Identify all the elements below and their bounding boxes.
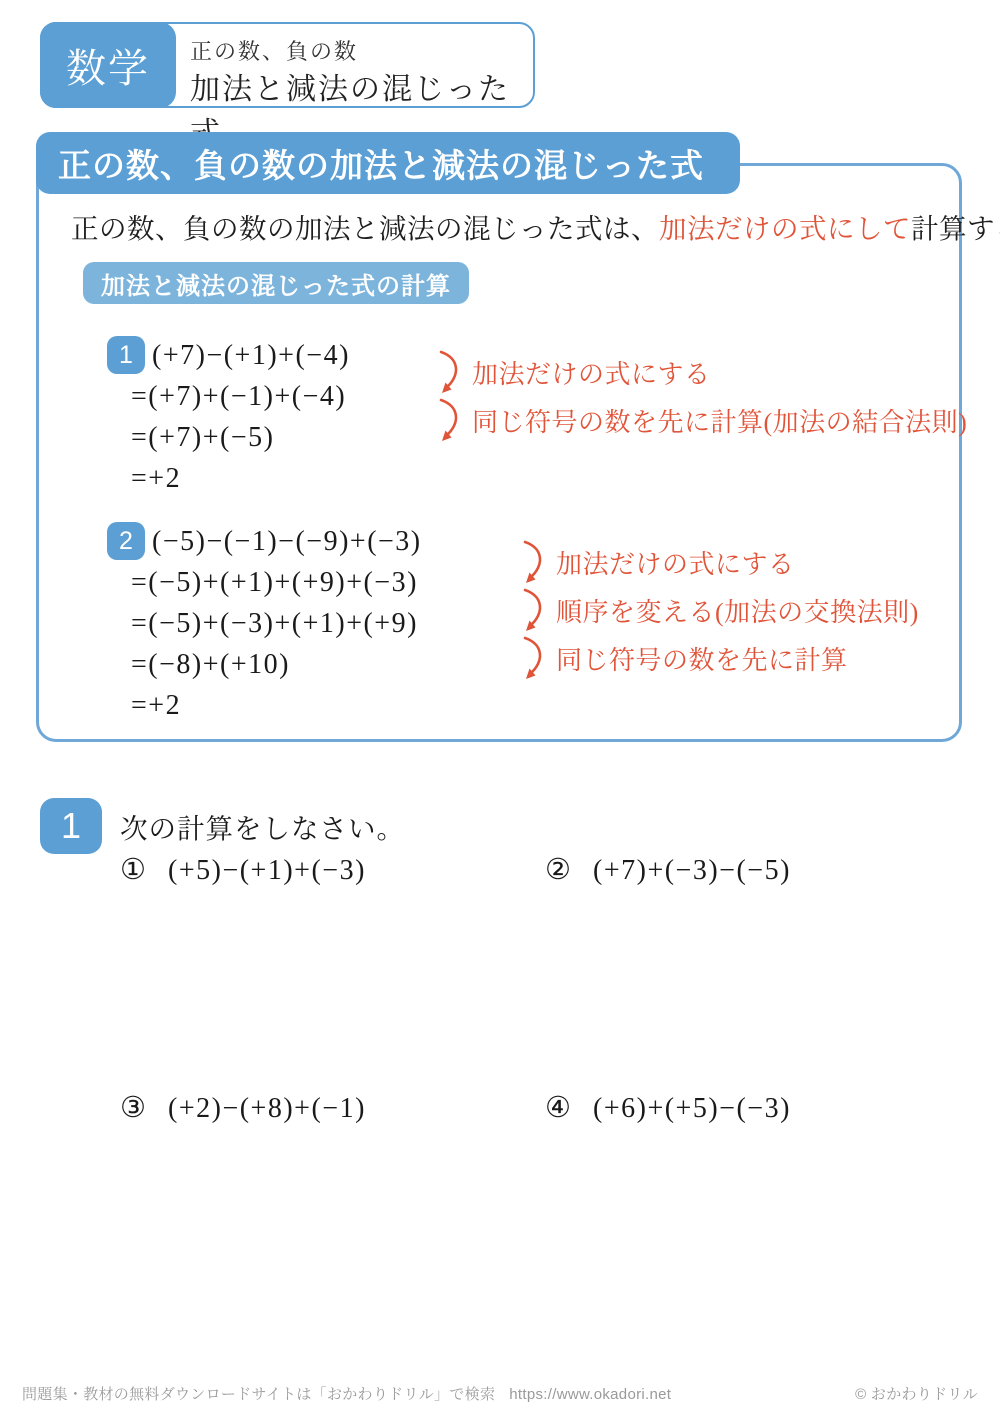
annotation-text: 順序を変える(加法の交換法則) bbox=[556, 592, 919, 629]
subject-badge: 数学 bbox=[40, 22, 176, 108]
equation-line: =(+7)+(−5) bbox=[131, 417, 350, 458]
annotation-text: 加法だけの式にする bbox=[556, 544, 795, 581]
problem-item-1: ① (+5)−(+1)+(−3) bbox=[120, 852, 366, 887]
equation-line: (+7)−(+1)+(−4) bbox=[131, 335, 350, 376]
problem-expression: (+7)+(−3)−(−5) bbox=[593, 855, 791, 887]
problem-item-4: ④ (+6)+(+5)−(−3) bbox=[545, 1090, 791, 1125]
intro-after: 計算する。 bbox=[911, 213, 1000, 244]
equation-line: =(−5)+(+1)+(+9)+(−3) bbox=[131, 562, 422, 603]
example-2-annotation-2: 順序を変える(加法の交換法則) bbox=[521, 586, 919, 634]
example-2-annotation-3: 同じ符号の数を先に計算 bbox=[521, 634, 848, 682]
equation-line: =+2 bbox=[131, 458, 350, 499]
annotation-text: 同じ符号の数を先に計算(加法の結合法則) bbox=[472, 402, 967, 439]
problem-instruction: 次の計算をしなさい。 bbox=[120, 806, 405, 846]
curve-arrow-icon bbox=[521, 635, 547, 681]
page-footer: 問題集・教材の無料ダウンロードサイトは「おかわりドリル」で検索 https://… bbox=[22, 1383, 978, 1404]
header-unit-label: 正の数、負の数 bbox=[190, 35, 358, 66]
curve-arrow-icon bbox=[521, 539, 547, 585]
problem-number: ④ bbox=[545, 1090, 571, 1125]
problem-number: ② bbox=[545, 852, 571, 887]
problem-number: ① bbox=[120, 852, 146, 887]
worksheet-page: 正の数、負の数 加法と減法の混じった式 数学 正の数、負の数の加法と減法の混じっ… bbox=[0, 0, 1000, 1415]
equation-line: =+2 bbox=[131, 685, 422, 726]
problem-expression: (+2)−(+8)+(−1) bbox=[168, 1093, 366, 1125]
equation-line: =(−8)+(+10) bbox=[131, 644, 422, 685]
problem-item-3: ③ (+2)−(+8)+(−1) bbox=[120, 1090, 366, 1125]
example-1-annotation-1: 加法だけの式にする bbox=[437, 348, 711, 396]
example-2-annotation-1: 加法だけの式にする bbox=[521, 538, 795, 586]
explanation-box: 正の数、負の数の加法と減法の混じった式は、加法だけの式にして計算する。 加法と減… bbox=[36, 163, 962, 742]
problem-item-2: ② (+7)+(−3)−(−5) bbox=[545, 852, 791, 887]
curve-arrow-icon bbox=[521, 587, 547, 633]
equation-line: =(+7)+(−1)+(−4) bbox=[131, 376, 350, 417]
annotation-text: 同じ符号の数を先に計算 bbox=[556, 640, 848, 677]
problem-expression: (+5)−(+1)+(−3) bbox=[168, 855, 366, 887]
curve-arrow-icon bbox=[437, 349, 463, 395]
intro-highlight: 加法だけの式にして bbox=[659, 213, 911, 244]
intro-before: 正の数、負の数の加法と減法の混じった式は、 bbox=[71, 213, 659, 244]
footer-url: https://www.okadori.net bbox=[509, 1386, 671, 1403]
intro-sentence: 正の数、負の数の加法と減法の混じった式は、加法だけの式にして計算する。 bbox=[71, 206, 1000, 246]
example-1-equations: (+7)−(+1)+(−4) =(+7)+(−1)+(−4) =(+7)+(−5… bbox=[131, 335, 350, 499]
section-title-bar: 正の数、負の数の加法と減法の混じった式 bbox=[36, 132, 740, 194]
problem-section-badge: 1 bbox=[40, 798, 102, 854]
footer-copyright: © おかわりドリル bbox=[855, 1383, 978, 1404]
example-1-annotation-2: 同じ符号の数を先に計算(加法の結合法則) bbox=[437, 396, 967, 444]
curve-arrow-icon bbox=[437, 397, 463, 443]
annotation-text: 加法だけの式にする bbox=[472, 354, 711, 391]
footer-site-text: 問題集・教材の無料ダウンロードサイトは「おかわりドリル」で検索 bbox=[22, 1383, 495, 1404]
problem-expression: (+6)+(+5)−(−3) bbox=[593, 1093, 791, 1125]
equation-line: =(−5)+(−3)+(+1)+(+9) bbox=[131, 603, 422, 644]
problem-number: ③ bbox=[120, 1090, 146, 1125]
equation-line: (−5)−(−1)−(−9)+(−3) bbox=[131, 521, 422, 562]
example-2-equations: (−5)−(−1)−(−9)+(−3) =(−5)+(+1)+(+9)+(−3)… bbox=[131, 521, 422, 726]
calc-method-label: 加法と減法の混じった式の計算 bbox=[83, 262, 469, 304]
